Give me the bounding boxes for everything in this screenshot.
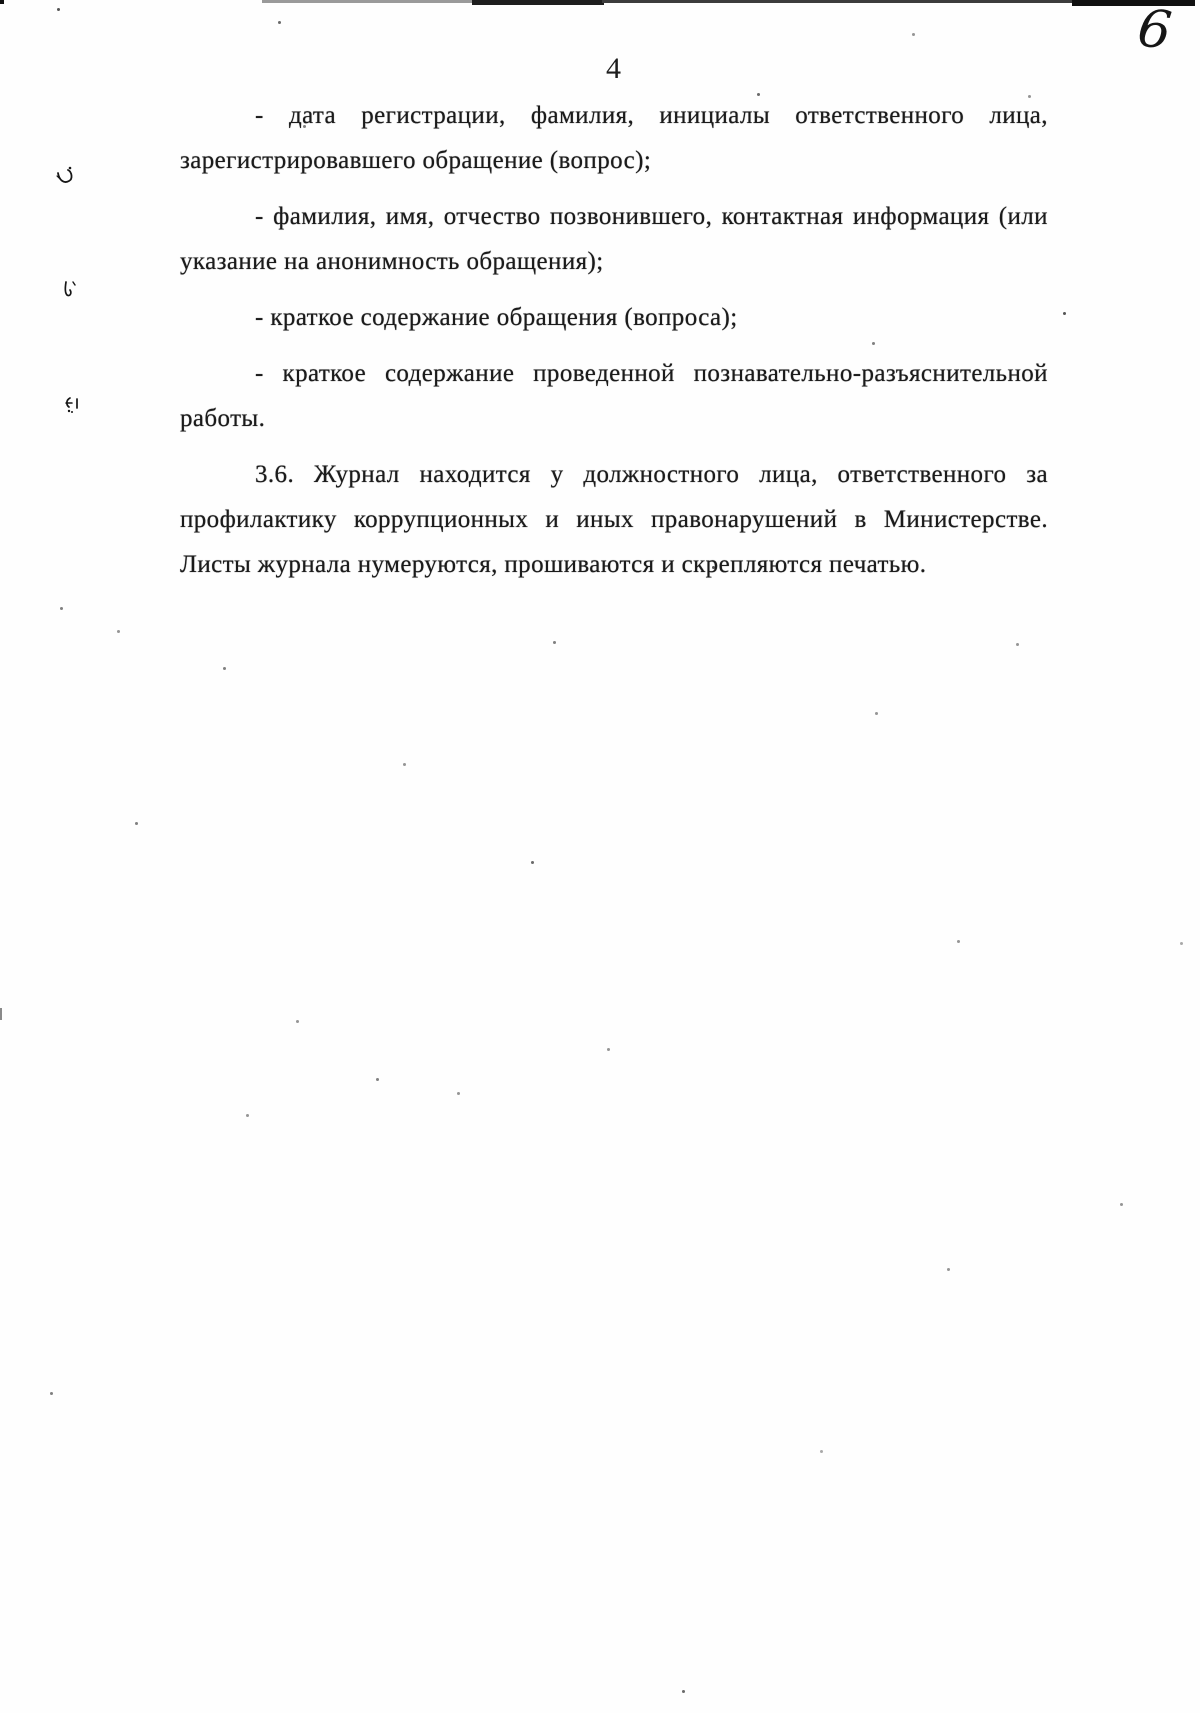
text-line: 3.6.Журналнаходитсяудолжностноголица,отв… [180,452,1048,497]
scan-speck [278,21,281,24]
scan-speck [757,93,760,96]
scan-speck [303,125,306,128]
scan-speck [223,667,226,670]
scan-speck [553,641,556,644]
document-body: -датарегистрации,фамилия,инициалыответст… [180,93,1048,598]
scan-speck [820,1450,823,1453]
scan-artifact-top-edge [262,0,474,3]
text-line: -фамилия,имя,отчествопозвонившего,контак… [180,194,1048,239]
text-line: указание на анонимность обращения); [180,239,1048,284]
scan-speck [957,940,960,943]
scan-speck [296,1020,299,1023]
handwritten-margin-mark [62,280,78,300]
scan-artifact-top-edge [0,0,4,4]
scanned-document-page: 6 4 -датарегистрации,фамилия,инициалыотв… [0,0,1200,1713]
paragraph: -датарегистрации,фамилия,инициалыответст… [180,93,1048,183]
scan-artifact-top-edge [472,0,604,5]
text-line: -датарегистрации,фамилия,инициалыответст… [180,93,1048,138]
scan-speck [135,822,138,825]
paragraph: -фамилия,имя,отчествопозвонившего,контак… [180,194,1048,284]
scan-speck [457,1092,460,1095]
handwritten-page-numeral: 6 [1135,2,1174,58]
scan-speck [117,630,120,633]
scan-artifact-top-edge [1072,0,1195,6]
paragraph: -краткоесодержаниепроведеннойпознаватель… [180,351,1048,441]
paragraph: 3.6.Журналнаходитсяудолжностноголица,отв… [180,452,1048,587]
paragraph: - краткое содержание обращения (вопроса)… [180,295,1048,340]
scan-speck [60,607,63,610]
scan-speck [872,342,875,345]
scan-speck [947,1268,950,1271]
scan-speck [246,1114,249,1117]
scan-speck [875,712,878,715]
scan-speck [1016,643,1019,646]
scan-speck [1063,312,1066,315]
page-number: 4 [180,52,1048,86]
text-line: - краткое содержание обращения (вопроса)… [180,295,1048,340]
scan-speck [1180,942,1183,945]
scan-speck [912,33,915,36]
scan-speck [57,8,60,11]
handwritten-margin-mark [56,166,76,188]
text-line: зарегистрировавшего обращение (вопрос); [180,138,1048,183]
scan-speck [712,566,715,569]
scan-speck [1028,95,1031,98]
scan-speck [682,1690,685,1693]
scan-speck [403,763,406,766]
text-line: работы. [180,396,1048,441]
scan-artifact-left-edge [0,1008,2,1020]
scan-speck [607,1048,610,1051]
handwritten-margin-mark [64,396,82,414]
text-line: Листы журнала нумеруются, прошиваются и … [180,542,1048,587]
text-line: профилактикукоррупционныхииныхправонаруш… [180,497,1048,542]
scan-artifact-top-edge [602,0,1074,3]
text-line: -краткоесодержаниепроведеннойпознаватель… [180,351,1048,396]
scan-speck [531,861,534,864]
scan-speck [1120,1203,1123,1206]
scan-speck [50,1392,53,1395]
scan-speck [376,1078,379,1081]
